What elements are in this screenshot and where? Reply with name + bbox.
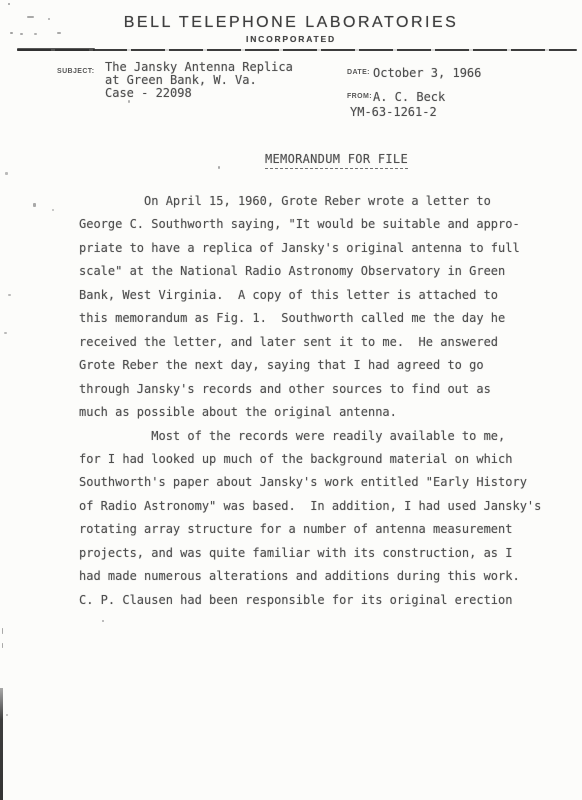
body-line: for I had looked up much of the backgrou… [79, 448, 559, 471]
body-line: had made numerous alterations and additi… [79, 565, 559, 588]
scan-artifact [10, 32, 13, 34]
reference-number: YM-63-1261-2 [350, 105, 437, 119]
body-line: through Jansky's records and other sourc… [79, 378, 559, 401]
scan-artifact [5, 172, 8, 175]
scanned-memo-page: BELL TELEPHONE LABORATORIES INCORPORATED… [0, 0, 582, 800]
subject-label: SUBJECT: [57, 68, 94, 75]
body-line: of Radio Astronomy" was based. In additi… [79, 495, 559, 518]
body-line: much as possible about the original ante… [79, 401, 559, 424]
scan-artifact [4, 332, 7, 334]
scan-artifact [52, 209, 54, 211]
memo-title: MEMORANDUM FOR FILE [265, 152, 408, 169]
from-label: FROM: [347, 93, 372, 100]
company-subtitle: INCORPORATED [0, 34, 582, 44]
scan-artifact [48, 18, 50, 20]
body-line: Grote Reber the next day, saying that I … [79, 354, 559, 377]
subject-value: The Jansky Antenna Replicaat Green Bank,… [105, 61, 293, 100]
scan-artifact [2, 628, 3, 634]
body-line: Most of the records were readily availab… [79, 425, 559, 448]
date-label: DATE: [347, 69, 370, 76]
letterhead-rule-smudge [17, 48, 95, 51]
body-line: Southworth's paper about Jansky's work e… [79, 471, 559, 494]
subject-line: Case - 22098 [105, 87, 293, 100]
body-line: projects, and was quite familiar with it… [79, 542, 559, 565]
body-line: received the letter, and later sent it t… [79, 331, 559, 354]
from-value: A. C. Beck [373, 90, 445, 104]
scan-artifact [34, 33, 37, 35]
scan-artifact [8, 3, 10, 5]
scan-artifact [8, 294, 11, 296]
scan-artifact [33, 203, 36, 207]
body-line: C. P. Clausen had been responsible for i… [79, 589, 559, 612]
scan-artifact [2, 643, 3, 648]
memo-body: On April 15, 1960, Grote Reber wrote a l… [79, 190, 559, 612]
body-line: George C. Southworth saying, "It would b… [79, 213, 559, 236]
scan-artifact [218, 166, 220, 169]
body-line: priate to have a replica of Jansky's ori… [79, 237, 559, 260]
body-line: rotating array structure for a number of… [79, 518, 559, 541]
scan-artifact [57, 32, 61, 34]
scan-streak [0, 688, 3, 800]
scan-artifact [27, 16, 34, 18]
body-line: scale" at the National Radio Astronomy O… [79, 260, 559, 283]
letterhead: BELL TELEPHONE LABORATORIES INCORPORATED [0, 14, 582, 44]
body-line: On April 15, 1960, Grote Reber wrote a l… [79, 190, 559, 213]
body-line: Bank, West Virginia. A copy of this lett… [79, 284, 559, 307]
scan-artifact [20, 33, 23, 35]
letterhead-rule [17, 49, 577, 51]
scan-artifact [128, 100, 130, 103]
scan-artifact [102, 620, 104, 622]
company-name: BELL TELEPHONE LABORATORIES [0, 14, 582, 32]
body-line: this memorandum as Fig. 1. Southworth ca… [79, 307, 559, 330]
date-value: October 3, 1966 [373, 66, 481, 80]
scan-artifact [6, 714, 8, 716]
